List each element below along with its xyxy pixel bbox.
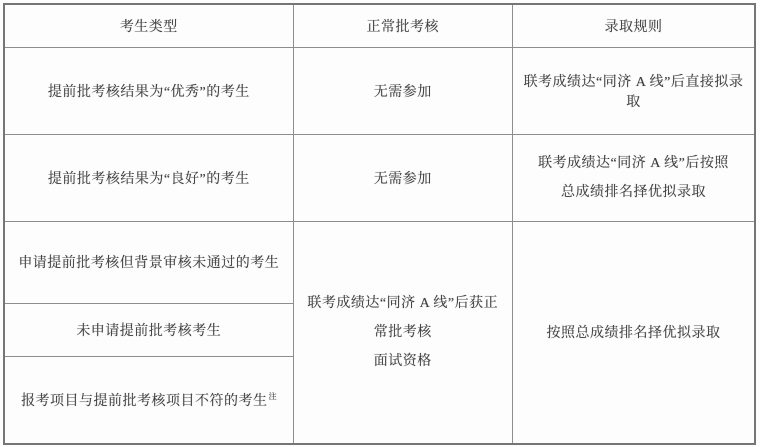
cell-good-admission-rule-line1: 联考成绩达“同济 A 线”后按照 (523, 149, 744, 178)
cell-excellent-candidate-type: 提前批考核结果为“优秀”的考生 (4, 47, 293, 134)
header-candidate-type: 考生类型 (4, 4, 293, 47)
cell-project-mismatch-candidate-type: 报考项目与提前批考核项目不符的考生注 (4, 356, 293, 444)
cell-background-fail-candidate-type: 申请提前批考核但背景审核未通过的考生 (4, 221, 293, 303)
admission-rules-table: 考生类型 正常批考核 录取规则 提前批考核结果为“优秀”的考生 无需参加 联考成… (3, 3, 756, 445)
cell-good-admission-rule-line2: 总成绩排名择优拟录取 (523, 178, 744, 207)
cell-good-admission-rule: 联考成绩达“同济 A 线”后按照 总成绩排名择优拟录取 (512, 134, 755, 221)
cell-group-admission-rule: 按照总成绩排名择优拟录取 (512, 221, 755, 444)
table-row-excellent: 提前批考核结果为“优秀”的考生 无需参加 联考成绩达“同济 A 线”后直接拟录取 (4, 47, 755, 134)
note-superscript: 注 (269, 392, 277, 401)
header-normal-batch: 正常批考核 (293, 4, 512, 47)
document-sheet: 考生类型 正常批考核 录取规则 提前批考核结果为“优秀”的考生 无需参加 联考成… (3, 3, 756, 443)
cell-excellent-admission-rule: 联考成绩达“同济 A 线”后直接拟录取 (512, 47, 755, 134)
cell-not-applied-candidate-type: 未申请提前批考核考生 (4, 303, 293, 356)
cell-good-normal-batch: 无需参加 (293, 134, 512, 221)
cell-excellent-normal-batch: 无需参加 (293, 47, 512, 134)
cell-project-mismatch-text: 报考项目与提前批考核项目不符的考生 (21, 394, 268, 409)
cell-group-normal-batch-line1: 联考成绩达“同济 A 线”后获正常批考核 (304, 289, 502, 347)
cell-good-candidate-type: 提前批考核结果为“良好”的考生 (4, 134, 293, 221)
table-row-background-fail: 申请提前批考核但背景审核未通过的考生 联考成绩达“同济 A 线”后获正常批考核 … (4, 221, 755, 303)
table-row-good: 提前批考核结果为“良好”的考生 无需参加 联考成绩达“同济 A 线”后按照 总成… (4, 134, 755, 221)
cell-group-normal-batch-line2: 面试资格 (304, 347, 502, 376)
table-header-row: 考生类型 正常批考核 录取规则 (4, 4, 755, 47)
header-admission-rule: 录取规则 (512, 4, 755, 47)
cell-group-normal-batch: 联考成绩达“同济 A 线”后获正常批考核 面试资格 (293, 221, 512, 444)
